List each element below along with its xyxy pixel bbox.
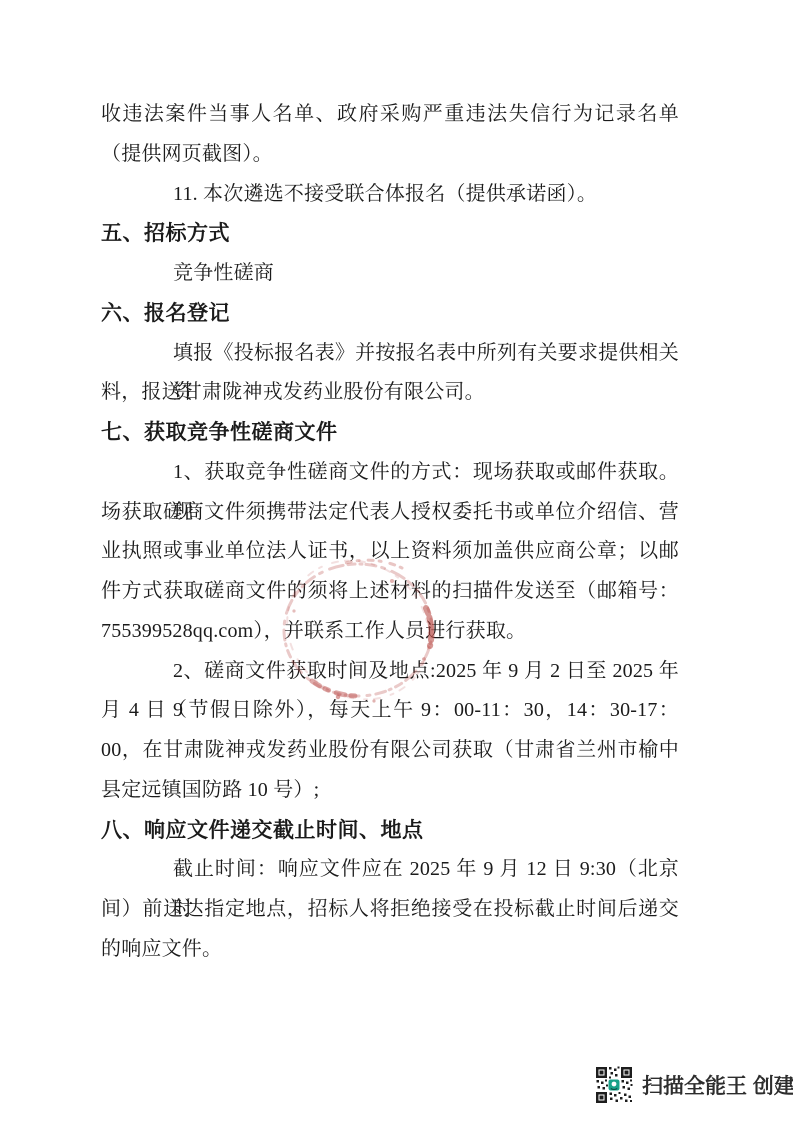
document-page: 收违法案件当事人名单、政府采购严重违法失信行为记录名单（提供网页截图）。11. … — [0, 0, 793, 1122]
section-heading: 七、获取竞争性磋商文件 — [101, 413, 679, 453]
text-line: 截止时间：响应文件应在 2025 年 9 月 12 日 9:30（北京时 — [101, 850, 679, 890]
text-line: 月 4 日（节假日除外），每天上午 9：00-11：30，14：30-17： — [101, 691, 679, 731]
text-line: 县定远镇国防路 10 号）; — [101, 771, 679, 811]
text-line: 755399528qq.com），并联系工作人员进行获取。 — [101, 612, 679, 652]
text-line: 竞争性磋商 — [101, 254, 679, 294]
text-line: 1、获取竞争性磋商文件的方式：现场获取或邮件获取。现 — [101, 453, 679, 493]
text-line: 2、磋商文件获取时间及地点:2025 年 9 月 2 日至 2025 年 9 — [101, 652, 679, 692]
qr-code-icon — [595, 1066, 633, 1104]
watermark-label: 扫描全能王 创建 — [642, 1070, 793, 1100]
text-line: 收违法案件当事人名单、政府采购严重违法失信行为记录名单 — [101, 95, 679, 135]
text-line: 件方式获取磋商文件的须将上述材料的扫描件发送至（邮箱号： — [101, 572, 679, 612]
text-line: 11. 本次遴选不接受联合体报名（提供承诺函）。 — [101, 175, 679, 215]
text-line: 00，在甘肃陇神戎发药业股份有限公司获取（甘肃省兰州市榆中 — [101, 731, 679, 771]
text-line: 场获取磋商文件须携带法定代表人授权委托书或单位介绍信、营 — [101, 493, 679, 533]
section-heading: 八、响应文件递交截止时间、地点 — [101, 811, 679, 851]
text-line: 填报《投标报名表》并按报名表中所列有关要求提供相关资 — [101, 334, 679, 374]
text-line: 料，报送甘肃陇神戎发药业股份有限公司。 — [101, 373, 679, 413]
section-heading: 五、招标方式 — [101, 214, 679, 254]
text-line: 间）前送达指定地点，招标人将拒绝接受在投标截止时间后递交 — [101, 890, 679, 930]
text-line: 的响应文件。 — [101, 930, 679, 970]
scanner-watermark: 扫描全能王 创建 — [595, 1066, 793, 1104]
document-body: 收违法案件当事人名单、政府采购严重违法失信行为记录名单（提供网页截图）。11. … — [101, 95, 679, 970]
text-line: 业执照或事业单位法人证书，以上资料须加盖供应商公章；以邮 — [101, 532, 679, 572]
section-heading: 六、报名登记 — [101, 294, 679, 334]
text-line: （提供网页截图）。 — [101, 135, 679, 175]
